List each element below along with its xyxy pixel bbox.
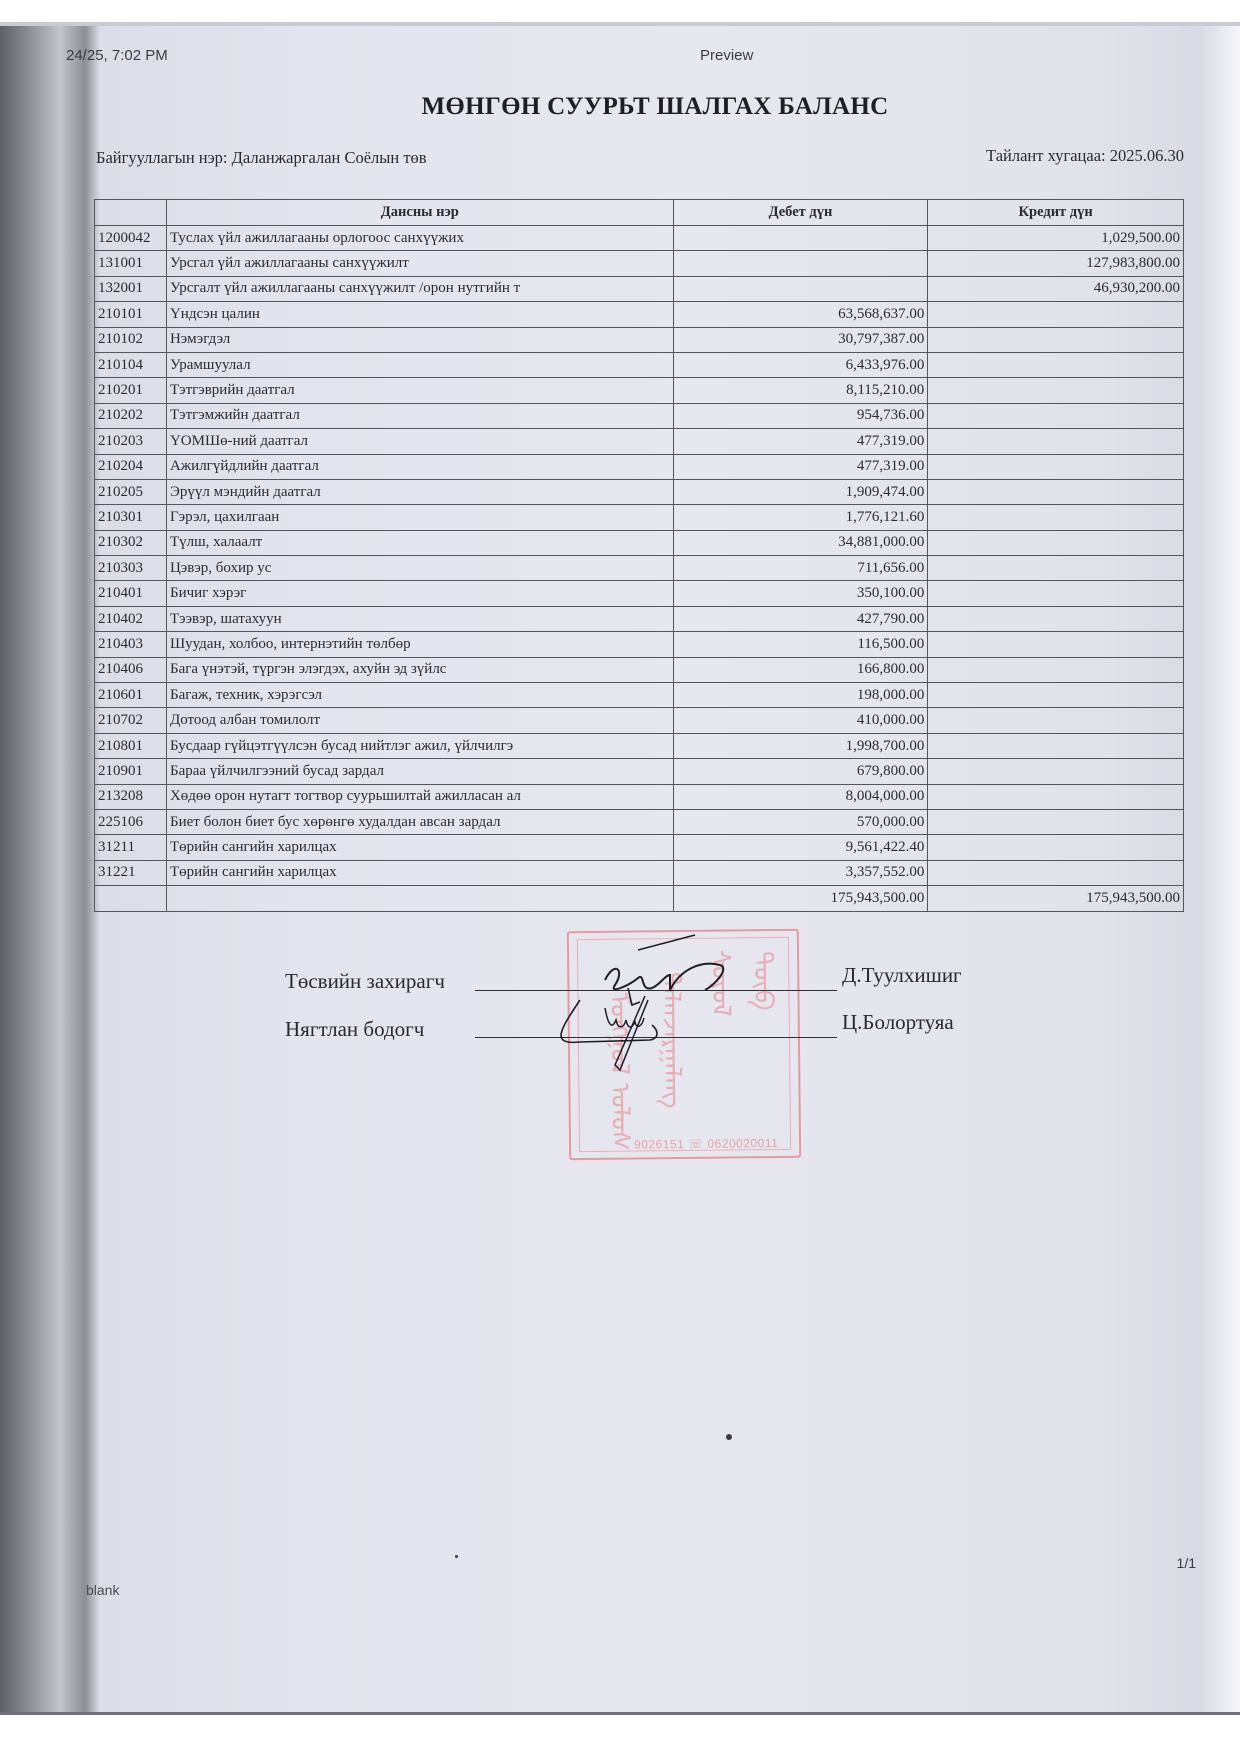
account-name: Төрийн сангийн харилцах xyxy=(166,860,673,885)
signature-name-director: Д.Туулхишиг xyxy=(842,963,962,988)
table-row: 1200042Туслах үйл ажиллагааны орлогоос с… xyxy=(95,226,1184,251)
debit-amount: 410,000.00 xyxy=(673,708,928,733)
account-name: Ажилгүйдлийн даатгал xyxy=(166,454,673,479)
scan-speck xyxy=(455,1555,458,1558)
credit-amount xyxy=(928,530,1184,555)
table-row: 31211Төрийн сангийн харилцах9,561,422.40 xyxy=(95,835,1184,860)
debit-amount: 166,800.00 xyxy=(673,657,928,682)
debit-amount: 1,776,121.60 xyxy=(673,505,928,530)
debit-amount: 477,319.00 xyxy=(673,429,928,454)
account-code: 210406 xyxy=(95,657,167,682)
account-code: 210104 xyxy=(95,352,167,377)
debit-amount: 34,881,000.00 xyxy=(673,530,928,555)
account-name: Нэмэгдэл xyxy=(166,327,673,352)
credit-amount xyxy=(928,327,1184,352)
table-row: 213208Хөдөө орон нутагт тогтвор суурьшил… xyxy=(95,784,1184,809)
debit-amount: 1,909,474.00 xyxy=(673,479,928,504)
account-code: 213208 xyxy=(95,784,167,809)
debit-amount xyxy=(673,276,928,301)
credit-amount xyxy=(928,835,1184,860)
account-name: Дотоод албан томилолт xyxy=(166,708,673,733)
credit-amount xyxy=(928,632,1184,657)
debit-amount: 30,797,387.00 xyxy=(673,327,928,352)
column-header-code xyxy=(95,200,167,226)
table-row: 31221Төрийн сангийн харилцах3,357,552.00 xyxy=(95,860,1184,885)
signature-name-accountant: Ц.Болортуяа xyxy=(842,1010,954,1035)
table-row: 210302Түлш, халаалт34,881,000.00 xyxy=(95,530,1184,555)
debit-amount: 198,000.00 xyxy=(673,683,928,708)
page-number: 1/1 xyxy=(1177,1555,1196,1571)
table-row: 210205Эрүүл мэндийн даатгал1,909,474.00 xyxy=(95,479,1184,504)
print-app-name: Preview xyxy=(700,47,753,64)
account-name: Гэрэл, цахилгаан xyxy=(166,505,673,530)
credit-amount xyxy=(928,403,1184,428)
account-code: 210403 xyxy=(95,632,167,657)
debit-amount: 8,115,210.00 xyxy=(673,378,928,403)
table-body: 1200042Туслах үйл ажиллагааны орлогоос с… xyxy=(95,226,1184,912)
credit-amount xyxy=(928,733,1184,758)
table-row: 225106Биет болон биет бус хөрөнгө худалд… xyxy=(95,809,1184,834)
table-row: 210301Гэрэл, цахилгаан1,776,121.60 xyxy=(95,505,1184,530)
page-edge xyxy=(0,22,1240,26)
debit-amount: 175,943,500.00 xyxy=(673,886,928,911)
account-code xyxy=(95,886,167,911)
table-row: 210204Ажилгүйдлийн даатгал477,319.00 xyxy=(95,454,1184,479)
account-code: 210202 xyxy=(95,403,167,428)
report-period: Тайлант хугацаа: 2025.06.30 xyxy=(986,146,1184,166)
credit-amount xyxy=(928,860,1184,885)
debit-amount: 427,790.00 xyxy=(673,606,928,631)
debit-amount: 3,357,552.00 xyxy=(673,860,928,885)
table-row: 210702Дотоод албан томилолт410,000.00 xyxy=(95,708,1184,733)
account-name: Үндсэн цалин xyxy=(166,302,673,327)
debit-amount xyxy=(673,251,928,276)
account-name: Тэтгэврийн даатгал xyxy=(166,378,673,403)
table-row: 210901Бараа үйлчилгээний бусад зардал679… xyxy=(95,759,1184,784)
credit-amount xyxy=(928,809,1184,834)
account-code: 210302 xyxy=(95,530,167,555)
account-code: 210401 xyxy=(95,581,167,606)
signature-role-accountant: Нягтлан бодогч xyxy=(285,1017,424,1042)
credit-amount xyxy=(928,378,1184,403)
table-header-row: Дансны нэр Дебет дүн Кредит дүн xyxy=(95,200,1184,226)
account-code: 210102 xyxy=(95,327,167,352)
account-code: 31211 xyxy=(95,835,167,860)
account-code: 210204 xyxy=(95,454,167,479)
account-code: 225106 xyxy=(95,809,167,834)
account-code: 210201 xyxy=(95,378,167,403)
signature-role-director: Төсвийн захирагч xyxy=(285,969,445,994)
table-row: 131001Урсгал үйл ажиллагааны санхүүжилт1… xyxy=(95,251,1184,276)
account-name: ҮОМШө-ний даатгал xyxy=(166,429,673,454)
credit-amount xyxy=(928,429,1184,454)
account-code: 1200042 xyxy=(95,226,167,251)
credit-amount xyxy=(928,708,1184,733)
column-header-credit: Кредит дүн xyxy=(928,200,1184,226)
table-row: 210801Бусдаар гүйцэтгүүлсэн бусад нийтлэ… xyxy=(95,733,1184,758)
account-name: Түлш, халаалт xyxy=(166,530,673,555)
credit-amount xyxy=(928,581,1184,606)
account-name: Бага үнэтэй, түргэн элэгдэх, ахуйн эд зү… xyxy=(166,657,673,682)
account-name: Багаж, техник, хэрэгсэл xyxy=(166,683,673,708)
table-row: 210102Нэмэгдэл30,797,387.00 xyxy=(95,327,1184,352)
table-row: 210101Үндсэн цалин63,568,637.00 xyxy=(95,302,1184,327)
column-header-account-name: Дансны нэр xyxy=(166,200,673,226)
account-name: Урамшуулал xyxy=(166,352,673,377)
credit-amount xyxy=(928,505,1184,530)
credit-amount xyxy=(928,606,1184,631)
trial-balance-table: Дансны нэр Дебет дүн Кредит дүн 1200042Т… xyxy=(94,199,1184,912)
account-name: Тээвэр, шатахуун xyxy=(166,606,673,631)
debit-amount: 679,800.00 xyxy=(673,759,928,784)
credit-amount xyxy=(928,657,1184,682)
account-name: Шуудан, холбоо, интернэтийн төлбөр xyxy=(166,632,673,657)
handwritten-signature-icon xyxy=(520,930,780,1080)
table-row: 210403Шуудан, холбоо, интернэтийн төлбөр… xyxy=(95,632,1184,657)
account-name: Биет болон биет бус хөрөнгө худалдан авс… xyxy=(166,809,673,834)
account-code: 210901 xyxy=(95,759,167,784)
credit-amount xyxy=(928,302,1184,327)
credit-amount xyxy=(928,759,1184,784)
debit-amount: 711,656.00 xyxy=(673,556,928,581)
debit-amount: 1,998,700.00 xyxy=(673,733,928,758)
account-name xyxy=(166,886,673,911)
debit-amount: 477,319.00 xyxy=(673,454,928,479)
credit-amount xyxy=(928,556,1184,581)
stamp-number: 9026151 ☏ 0620020011 xyxy=(634,1136,778,1152)
account-name: Бичиг хэрэг xyxy=(166,581,673,606)
credit-amount: 46,930,200.00 xyxy=(928,276,1184,301)
account-code: 210402 xyxy=(95,606,167,631)
account-code: 210601 xyxy=(95,683,167,708)
table-row: 210201Тэтгэврийн даатгал8,115,210.00 xyxy=(95,378,1184,403)
account-code: 210303 xyxy=(95,556,167,581)
debit-amount: 9,561,422.40 xyxy=(673,835,928,860)
table-row: 210303Цэвэр, бохир ус711,656.00 xyxy=(95,556,1184,581)
debit-amount: 6,433,976.00 xyxy=(673,352,928,377)
account-code: 210702 xyxy=(95,708,167,733)
credit-amount: 175,943,500.00 xyxy=(928,886,1184,911)
document-title: МӨНГӨН СУУРЬТ ШАЛГАХ БАЛАНС xyxy=(0,93,1240,121)
debit-amount: 350,100.00 xyxy=(673,581,928,606)
debit-amount: 8,004,000.00 xyxy=(673,784,928,809)
account-code: 210301 xyxy=(95,505,167,530)
account-code: 31221 xyxy=(95,860,167,885)
column-header-debit: Дебет дүн xyxy=(673,200,928,226)
debit-amount: 63,568,637.00 xyxy=(673,302,928,327)
table-row: 132001Урсгалт үйл ажиллагааны санхүүжилт… xyxy=(95,276,1184,301)
account-code: 210801 xyxy=(95,733,167,758)
account-name: Урсгал үйл ажиллагааны санхүүжилт xyxy=(166,251,673,276)
credit-amount xyxy=(928,683,1184,708)
account-name: Хөдөө орон нутагт тогтвор суурьшилтай аж… xyxy=(166,784,673,809)
credit-amount xyxy=(928,352,1184,377)
account-name: Бараа үйлчилгээний бусад зардал xyxy=(166,759,673,784)
account-code: 210203 xyxy=(95,429,167,454)
table-row: 210402Тээвэр, шатахуун427,790.00 xyxy=(95,606,1184,631)
debit-amount: 570,000.00 xyxy=(673,809,928,834)
table-total-row: 175,943,500.00175,943,500.00 xyxy=(95,886,1184,911)
account-code: 210205 xyxy=(95,479,167,504)
account-code: 132001 xyxy=(95,276,167,301)
organization-name: Байгууллагын нэр: Даланжаргалан Соёлын т… xyxy=(96,148,427,168)
debit-amount: 116,500.00 xyxy=(673,632,928,657)
table-row: 210104Урамшуулал6,433,976.00 xyxy=(95,352,1184,377)
credit-amount: 127,983,800.00 xyxy=(928,251,1184,276)
account-name: Эрүүл мэндийн даатгал xyxy=(166,479,673,504)
print-datetime: 24/25, 7:02 PM xyxy=(66,47,168,64)
account-name: Төрийн сангийн харилцах xyxy=(166,835,673,860)
debit-amount: 954,736.00 xyxy=(673,403,928,428)
table-row: 210203ҮОМШө-ний даатгал477,319.00 xyxy=(95,429,1184,454)
credit-amount xyxy=(928,454,1184,479)
credit-amount xyxy=(928,784,1184,809)
debit-amount xyxy=(673,226,928,251)
scan-speck xyxy=(726,1434,732,1440)
table-row: 210202Тэтгэмжийн даатгал954,736.00 xyxy=(95,403,1184,428)
account-name: Урсгалт үйл ажиллагааны санхүүжилт /орон… xyxy=(166,276,673,301)
credit-amount xyxy=(928,479,1184,504)
account-name: Тэтгэмжийн даатгал xyxy=(166,403,673,428)
table-row: 210401Бичиг хэрэг350,100.00 xyxy=(95,581,1184,606)
table-row: 210601Багаж, техник, хэрэгсэл198,000.00 xyxy=(95,683,1184,708)
account-name: Туслах үйл ажиллагааны орлогоос санхүүжи… xyxy=(166,226,673,251)
account-name: Бусдаар гүйцэтгүүлсэн бусад нийтлэг ажил… xyxy=(166,733,673,758)
account-name: Цэвэр, бохир ус xyxy=(166,556,673,581)
footer-left-text: blank xyxy=(86,1582,119,1598)
credit-amount: 1,029,500.00 xyxy=(928,226,1184,251)
table-row: 210406Бага үнэтэй, түргэн элэгдэх, ахуйн… xyxy=(95,657,1184,682)
account-code: 210101 xyxy=(95,302,167,327)
account-code: 131001 xyxy=(95,251,167,276)
